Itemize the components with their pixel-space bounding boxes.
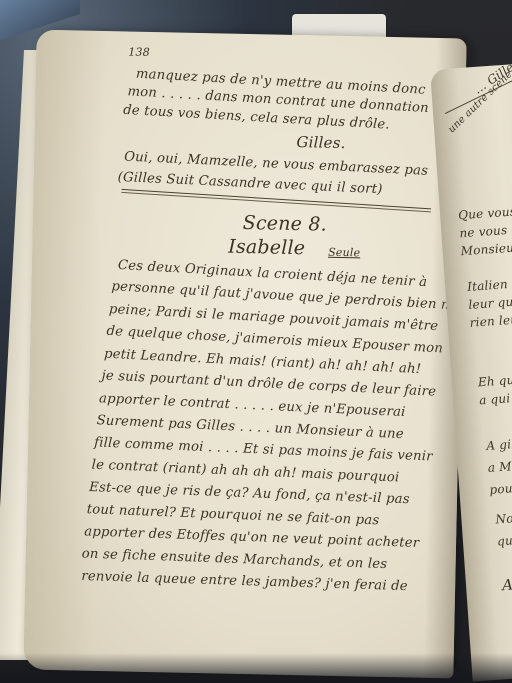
right-line-12: Nous: [495, 510, 512, 526]
body-line-15: renvoie la queue entre les jambes? j'en …: [81, 569, 408, 594]
right-line-3: Monsieur, q: [460, 239, 512, 258]
scene-character-note: Seule: [328, 246, 360, 260]
body-line-12: tout naturel? Et pourquoi ne se fait-on …: [86, 502, 379, 528]
bottom-shadow: [0, 653, 512, 683]
right-line-8: a qui dou: [479, 389, 512, 407]
right-line-2: ne vous mêlez: [459, 220, 512, 240]
right-line-13: qu'il faut: [497, 531, 512, 549]
right-line-1: Que vous êtes: [458, 202, 512, 222]
right-line-6: rien leur-ne: [469, 311, 512, 330]
page-number: 138: [128, 45, 150, 58]
left-manuscript-page: 138 manquez pas de n'y mettre au moins d…: [23, 30, 466, 679]
right-line-7: Eh quoi!: [477, 372, 512, 390]
right-line-9: A gilles, q: [486, 435, 512, 453]
right-line-4: Italien de: [467, 276, 512, 294]
right-line-14: Arrête: [501, 573, 512, 594]
right-line-5: leur que vous: [468, 292, 512, 312]
right-line-11: pour ça: [489, 480, 512, 497]
speaker-name: Gilles.: [296, 133, 345, 152]
scene-divider-rule: [121, 189, 431, 212]
body-line-13: apporter des Etoffes qu'on ne veut point…: [84, 524, 420, 551]
body-line-14: on se fiche ensuite des Marchands, et on…: [82, 546, 388, 572]
scene-heading: Scene 8.: [243, 212, 328, 236]
right-line-10: a Mitre: [487, 458, 512, 475]
scene-character: Isabelle: [228, 236, 305, 260]
